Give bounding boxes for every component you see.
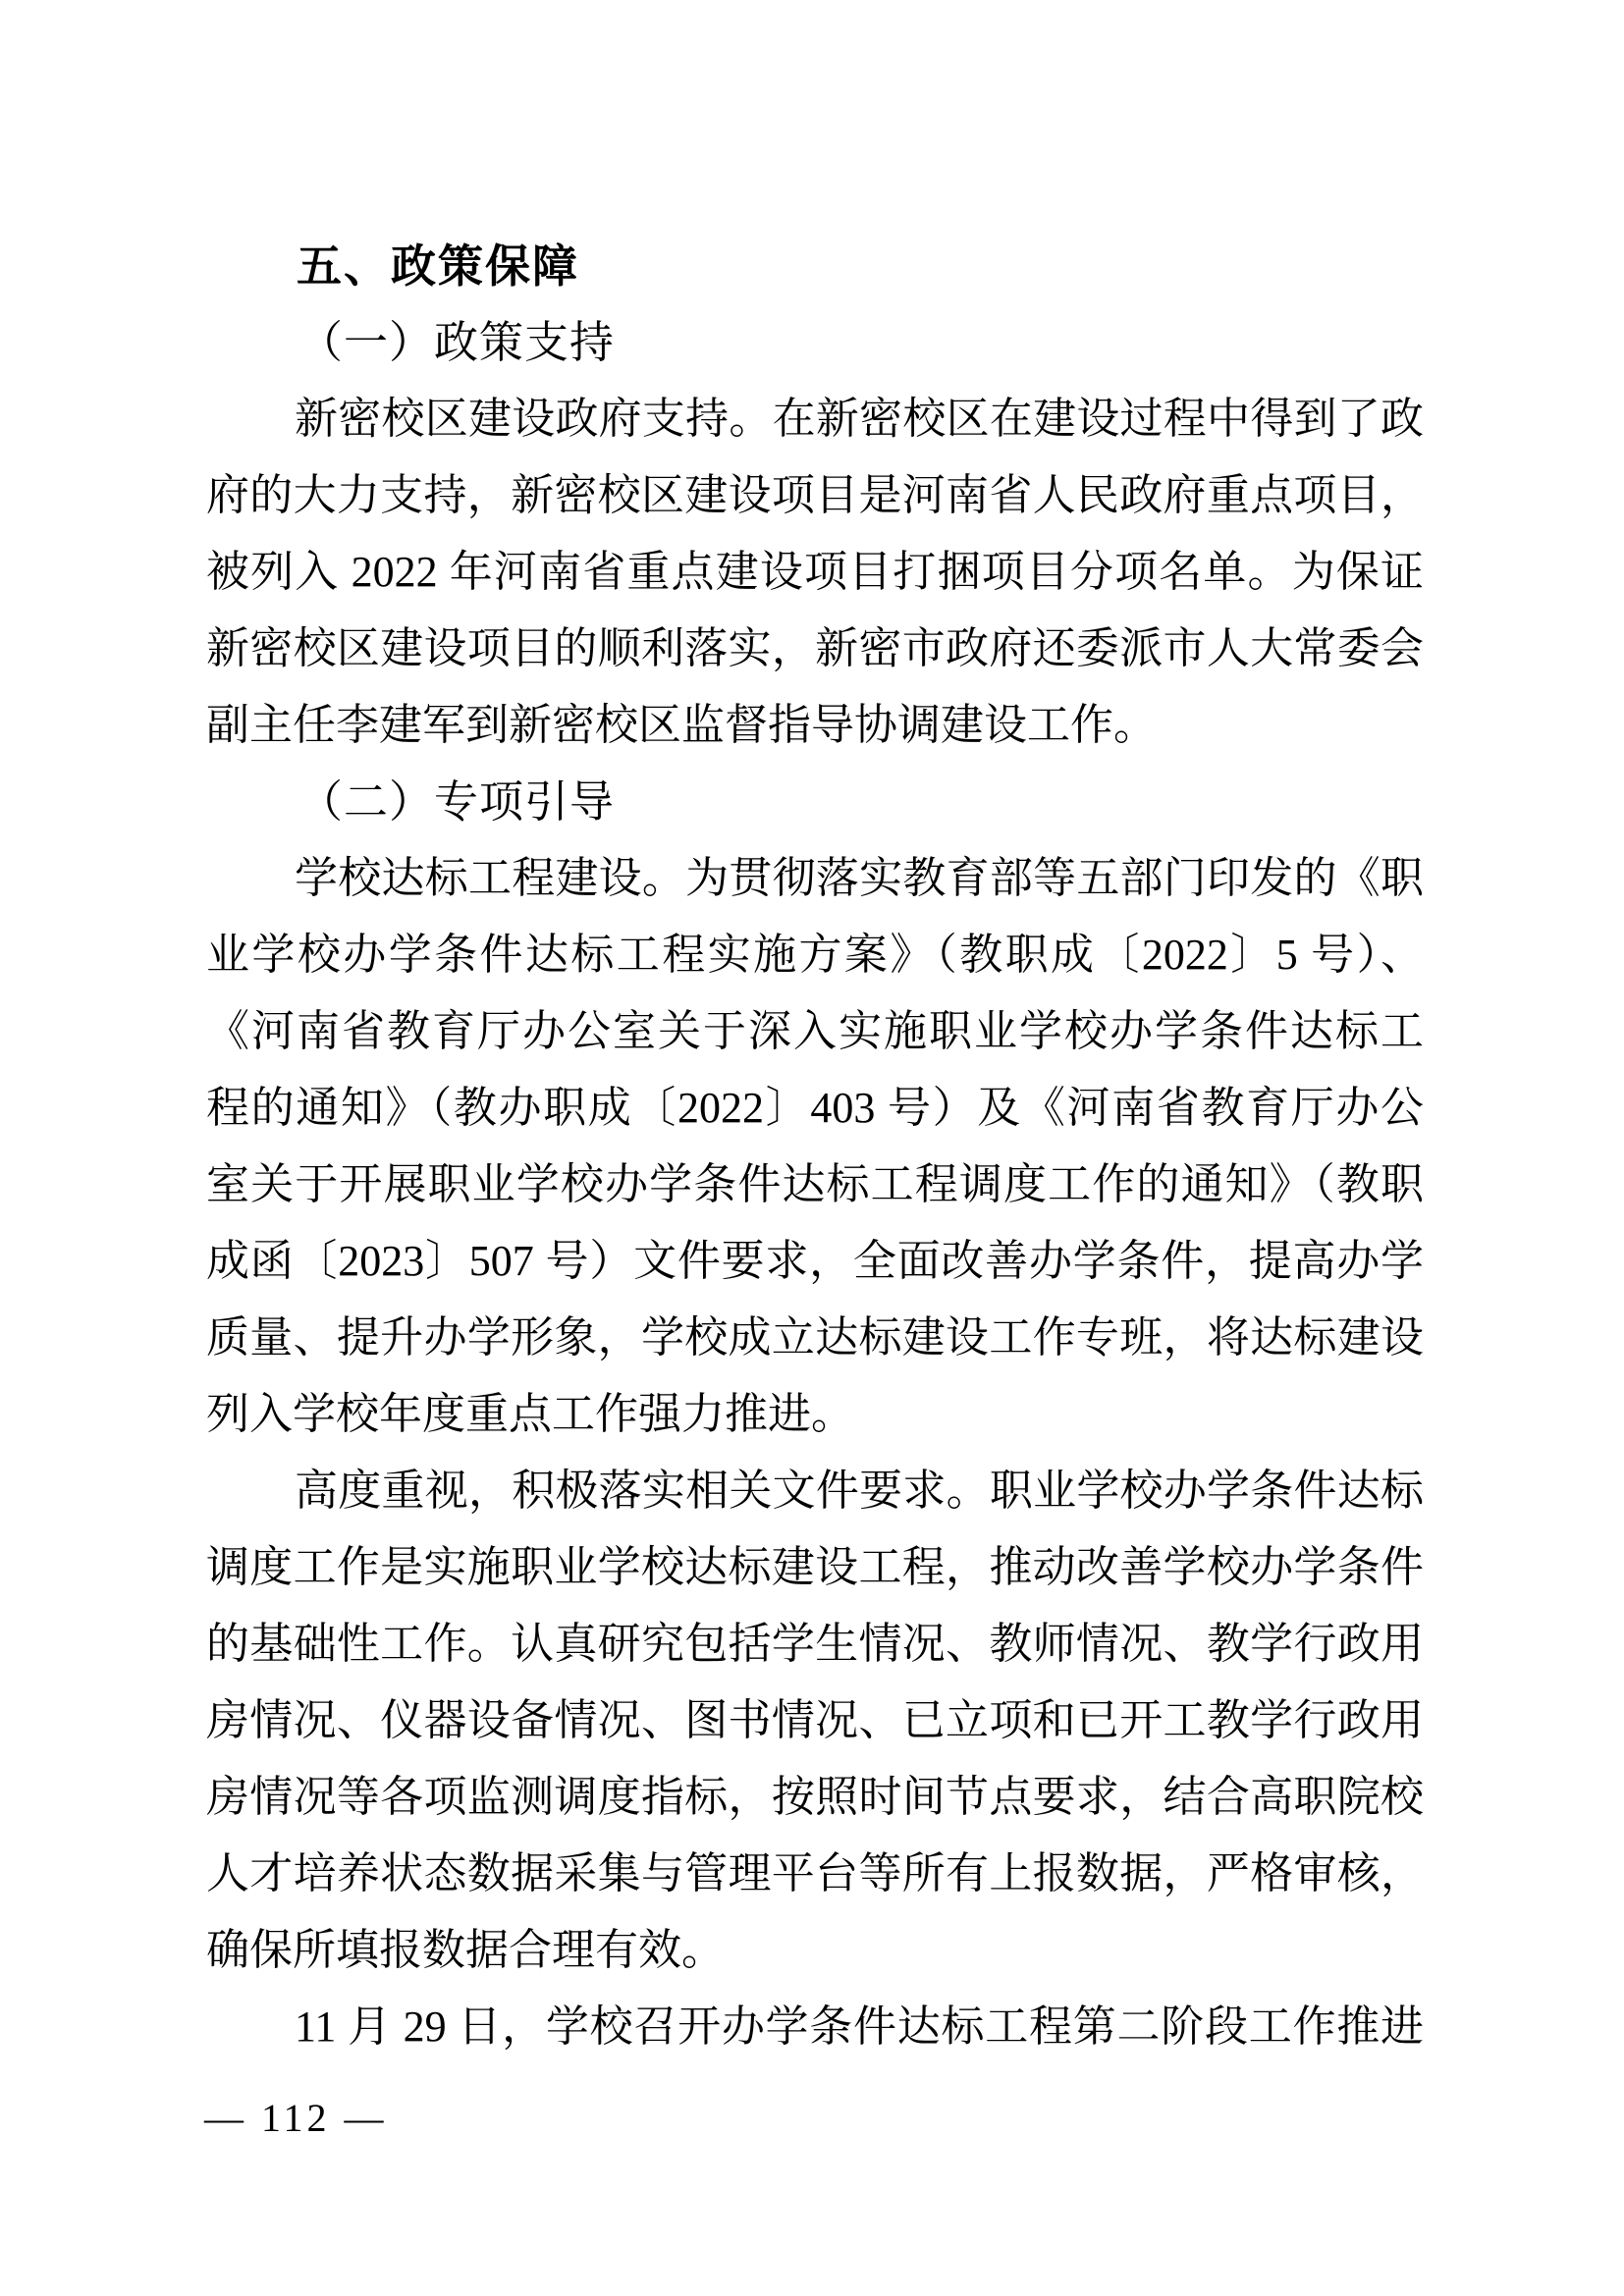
paragraph-last-line: 列入学校年度重点工作强力推进。 xyxy=(206,1376,1424,1453)
paragraph-line: 程的通知》（教办职成〔2022〕403 号）及《河南省教育厅办公 xyxy=(206,1070,1424,1147)
section-heading: （二）专项引导 xyxy=(206,764,1424,840)
paragraph-line: 质量、提升办学形象，学校成立达标建设工作专班，将达标建设 xyxy=(206,1300,1424,1376)
paragraph-line: 的基础性工作。认真研究包括学生情况、教师情况、教学行政用 xyxy=(206,1606,1424,1682)
paragraph-line: 人才培养状态数据采集与管理平台等所有上报数据，严格审核， xyxy=(206,1836,1424,1912)
paragraph-line: 新密校区建设项目的顺利落实，新密市政府还委派市人大常委会 xyxy=(206,611,1424,687)
paragraph-line: 成函〔2023〕507 号）文件要求，全面改善办学条件，提高办学 xyxy=(206,1223,1424,1300)
chapter-heading: 五、政策保障 xyxy=(206,228,1424,304)
paragraph-line: 室关于开展职业学校办学条件达标工程调度工作的通知》（教职 xyxy=(206,1147,1424,1223)
section-heading: （一）政策支持 xyxy=(206,304,1424,381)
page-number: — 112 — xyxy=(204,2089,388,2148)
paragraph-last-line: 确保所填报数据合理有效。 xyxy=(206,1912,1424,1989)
paragraph-first-line: 新密校区建设政府支持。在新密校区在建设过程中得到了政 xyxy=(206,381,1424,457)
paragraph-line: 业学校办学条件达标工程实施方案》（教职成〔2022〕5 号）、 xyxy=(206,917,1424,993)
paragraph-first-line: 高度重视，积极落实相关文件要求。职业学校办学条件达标 xyxy=(206,1453,1424,1529)
paragraph-last-line: 副主任李建军到新密校区监督指导协调建设工作。 xyxy=(206,687,1424,764)
paragraph-line: 房情况、仪器设备情况、图书情况、已立项和已开工教学行政用 xyxy=(206,1682,1424,1759)
document-page: 五、政策保障（一）政策支持新密校区建设政府支持。在新密校区在建设过程中得到了政府… xyxy=(0,0,1624,2296)
paragraph-line: 房情况等各项监测调度指标，按照时间节点要求，结合高职院校 xyxy=(206,1759,1424,1836)
paragraph-line: 调度工作是实施职业学校达标建设工程，推动改善学校办学条件 xyxy=(206,1529,1424,1606)
paragraph-first-line: 学校达标工程建设。为贯彻落实教育部等五部门印发的《职 xyxy=(206,840,1424,917)
paragraph-first-line: 11 月 29 日，学校召开办学条件达标工程第二阶段工作推进 xyxy=(206,1989,1424,2065)
paragraph-line: 府的大力支持，新密校区建设项目是河南省人民政府重点项目， xyxy=(206,457,1424,534)
paragraph-line: 《河南省教育厅办公室关于深入实施职业学校办学条件达标工 xyxy=(206,993,1424,1070)
paragraph-line: 被列入 2022 年河南省重点建设项目打捆项目分项名单。为保证 xyxy=(206,534,1424,611)
document-body: 五、政策保障（一）政策支持新密校区建设政府支持。在新密校区在建设过程中得到了政府… xyxy=(206,228,1424,2065)
